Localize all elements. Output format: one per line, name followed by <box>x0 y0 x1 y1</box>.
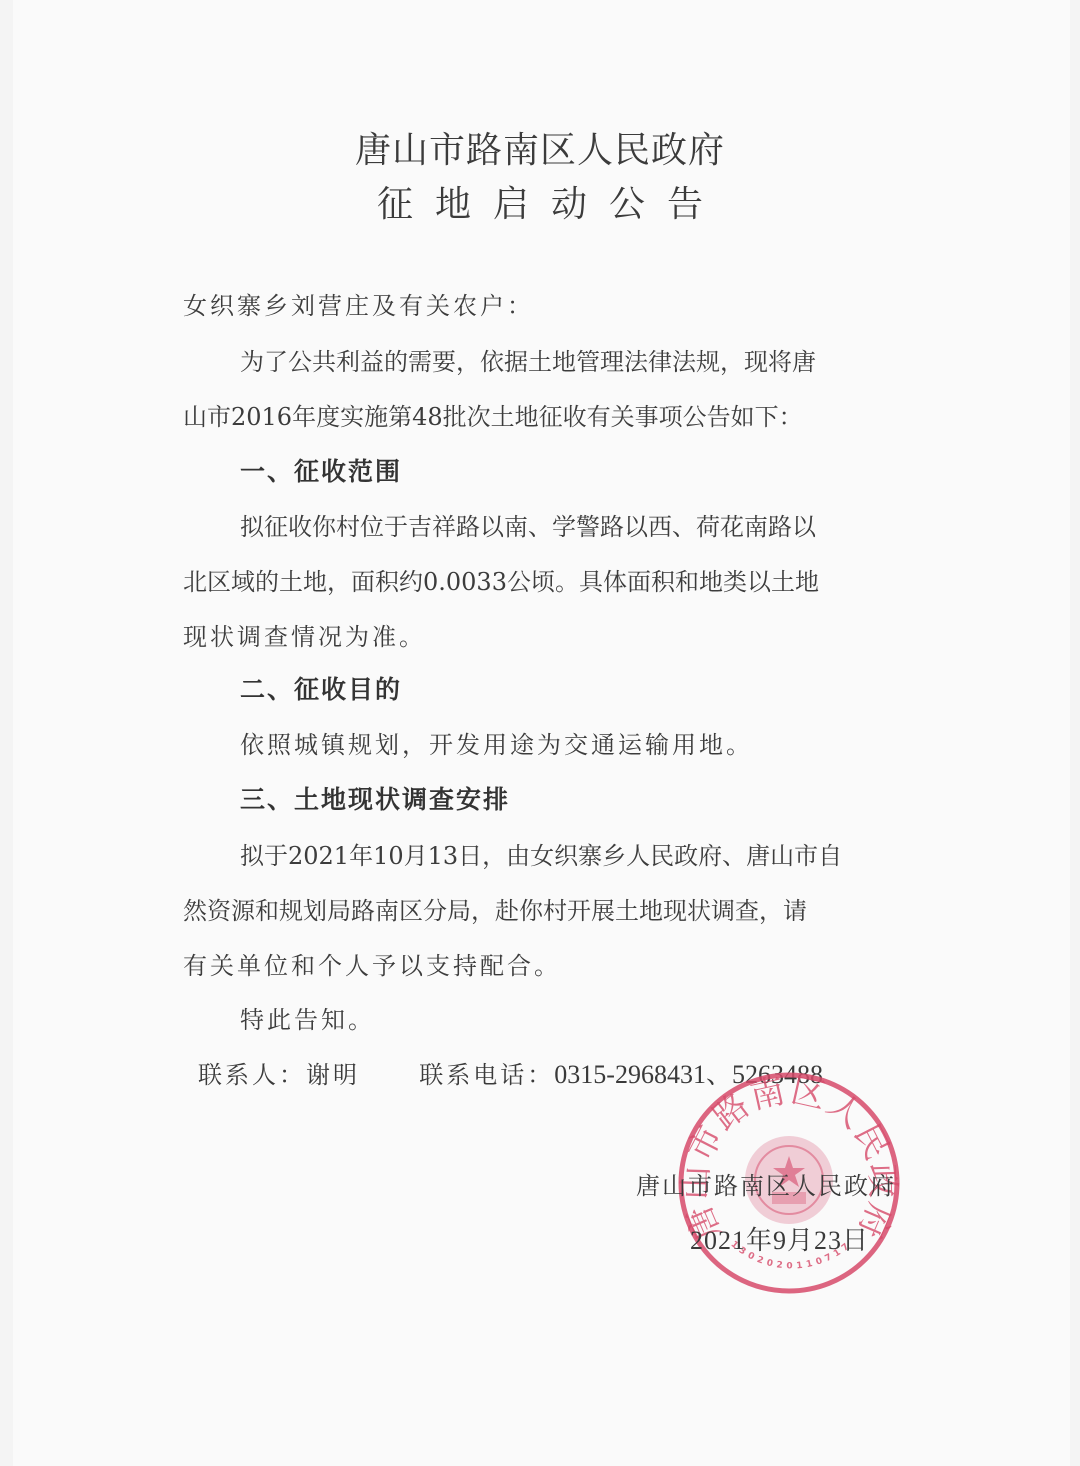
section-scope-line-3: 现状调查情况为准。 <box>183 617 426 652</box>
intro-line-1: 为了公共利益的需要，依据土地管理法律法规，现将唐 <box>240 342 913 377</box>
section-survey-line-3: 有关单位和个人予以支持配合。 <box>183 946 561 981</box>
addressee: 女织寨乡刘营庄及有关农户： <box>183 286 534 321</box>
signature-issuer: 唐山市路南区人民政府 <box>636 1166 896 1201</box>
signature-date: 2021年9月23日 <box>690 1220 869 1257</box>
section-scope-line-1: 拟征收你村位于吉祥路以南、学警路以西、荷花南路以 <box>240 507 913 542</box>
closing-text: 特此告知。 <box>240 1000 375 1035</box>
section-survey-line-1: 拟于2021年10月13日，由女织寨乡人民政府、唐山市自 <box>240 836 913 871</box>
section-scope-line-2: 北区域的土地，面积约0.0033公顷。具体面积和地类以土地 <box>183 562 913 597</box>
document-title: 征地启动公告 <box>0 176 1080 227</box>
contact-person-label: 联系人： <box>198 1061 306 1089</box>
document-title-issuer: 唐山市路南区人民政府 <box>0 122 1080 173</box>
contact-phone-label: 联系电话： <box>419 1061 554 1089</box>
intro-line-2: 山市2016年度实施第48批次土地征收有关事项公告如下： <box>183 397 873 432</box>
contact-person: 谢明 <box>306 1061 360 1089</box>
section-heading-purpose: 二、征收目的 <box>240 670 402 706</box>
section-heading-scope: 一、征收范围 <box>240 452 402 488</box>
section-purpose-line-1: 依照城镇规划，开发用途为交通运输用地。 <box>240 725 753 760</box>
section-survey-line-2: 然资源和规划局路南区分局，赴你村开展土地现状调查，请 <box>183 891 913 926</box>
section-heading-survey: 三、土地现状调查安排 <box>240 780 510 816</box>
